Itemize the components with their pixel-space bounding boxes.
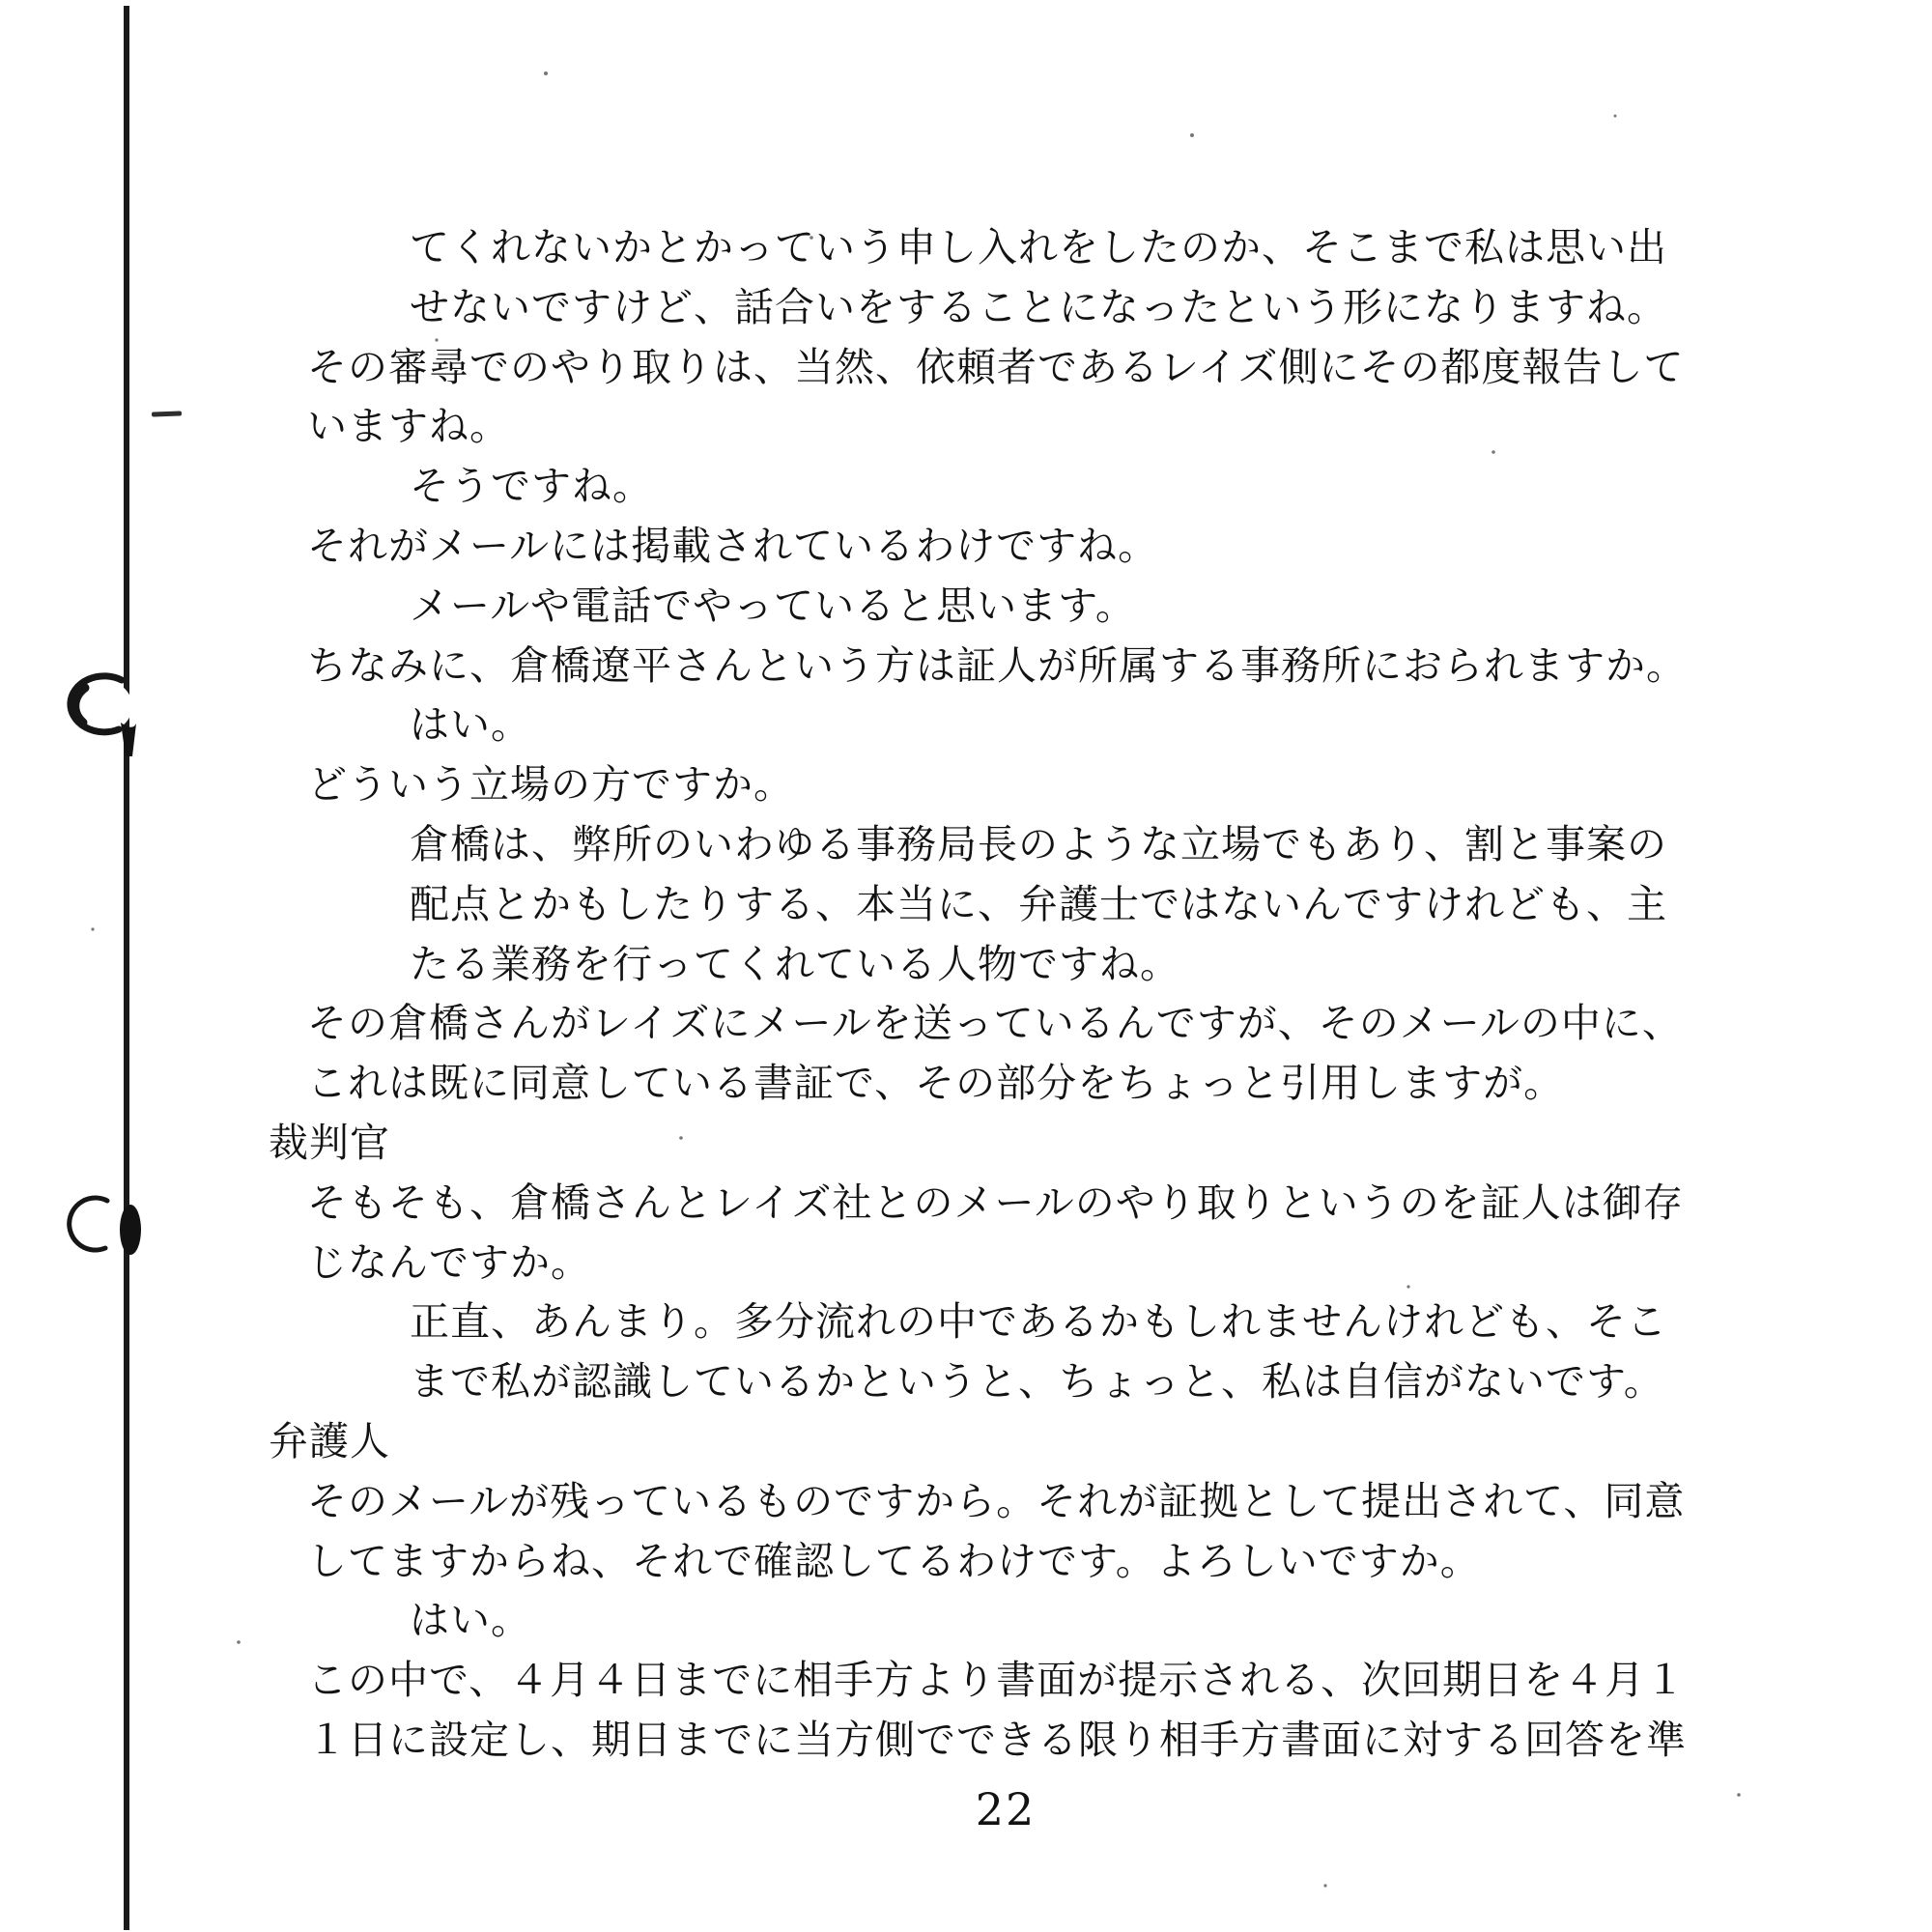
transcript-line: その倉橋さんがレイズにメールを送っているんですが、そのメールの中に、 [307, 1000, 1683, 1047]
transcript-line: この中で、４月４日までに相手方より書面が提示される、次回期日を４月１ [307, 1657, 1686, 1704]
transcript-line: 配点とかもしたりする、本当に、弁護士ではないんですけれども、主 [410, 881, 1667, 928]
transcript-line: １日に設定し、期日までに当方側でできる限り相手方書面に対する回答を準 [307, 1717, 1687, 1764]
transcript-line: それがメールには掲載されているわけですね。 [307, 523, 1158, 570]
page-number: 22 [933, 1783, 1078, 1835]
transcript-line: どういう立場の方ですか。 [307, 761, 794, 809]
transcript-line: そもそも、倉橋さんとレイズ社とのメールのやり取りというのを証人は御存 [307, 1179, 1684, 1227]
transcript-line: そのメールが残っているものですから。それが証拠として提出されて、同意 [307, 1478, 1685, 1525]
transcript-line: じなんですか。 [307, 1239, 591, 1287]
transcript-line: 倉橋は、弊所のいわゆる事務局長のような立場でもあり、割と事案の [410, 821, 1667, 868]
transcript-line: まで私が認識しているかというと、ちょっと、私は自信がないです。 [410, 1358, 1664, 1406]
transcript-line: してますからね、それで確認してるわけです。よろしいですか。 [307, 1538, 1481, 1585]
transcript-line: ちなみに、倉橋遼平さんという方は証人が所属する事務所におられますか。 [307, 642, 1687, 690]
transcript-line: そうですね。 [410, 463, 653, 510]
document-page: てくれないかとかっていう申し入れをしたのか、そこまで私は思い出せないですけど、話… [0, 0, 1932, 1932]
transcript-line: 正直、あんまり。多分流れの中であるかもしれませんけれども、そこ [410, 1298, 1667, 1346]
transcript-line: メールや電話でやっていると思います。 [410, 582, 1136, 630]
transcript-line: 裁判官 [269, 1120, 390, 1167]
transcript: てくれないかとかっていう申し入れをしたのか、そこまで私は思い出せないですけど、話… [0, 0, 1932, 1932]
transcript-line: はい。 [410, 701, 531, 749]
transcript-line: せないですけど、話合いをすることになったという形になりますね。 [410, 284, 1667, 331]
transcript-line: これは既に同意している書証で、その部分をちょっと引用しますが。 [307, 1060, 1564, 1107]
transcript-line: てくれないかとかっていう申し入れをしたのか、そこまで私は思い出 [410, 224, 1667, 271]
transcript-line: はい。 [410, 1597, 531, 1644]
transcript-line: 弁護人 [269, 1418, 390, 1465]
transcript-line: いますね。 [307, 403, 510, 450]
transcript-line: たる業務を行ってくれている人物ですね。 [410, 941, 1180, 988]
transcript-line: その審尋でのやり取りは、当然、依頼者であるレイズ側にその都度報告して [307, 344, 1685, 391]
